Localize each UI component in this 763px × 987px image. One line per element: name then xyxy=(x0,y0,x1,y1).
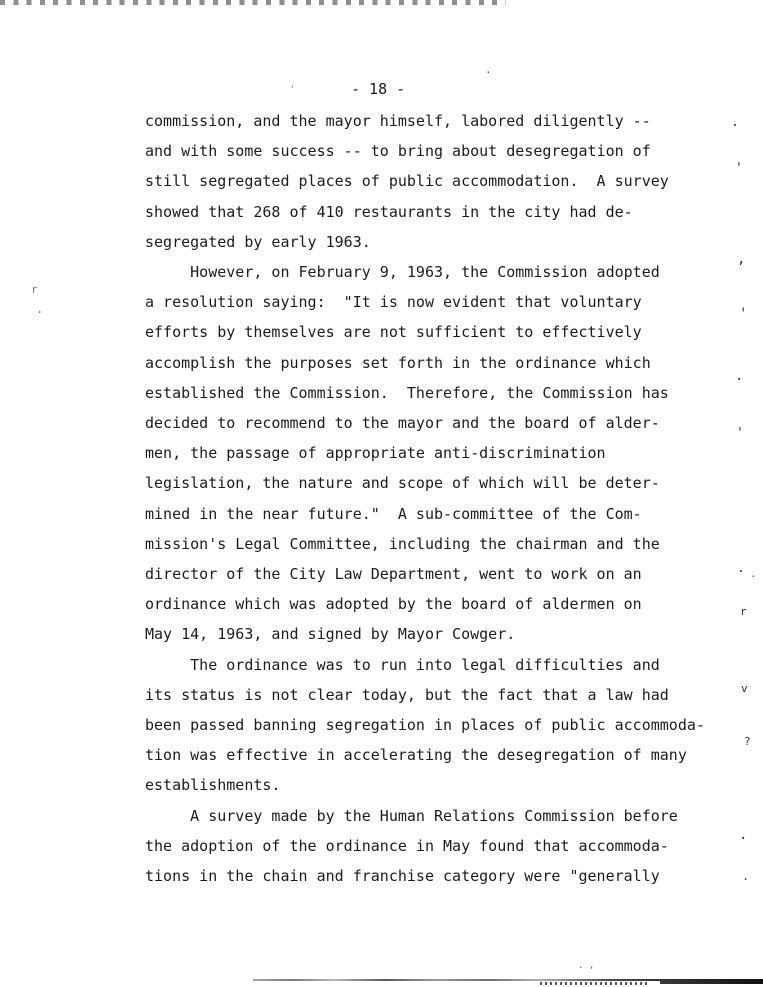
scan-perforation-dashes xyxy=(0,0,506,5)
scan-artifact-speck: . xyxy=(742,870,749,882)
scan-artifact-speck: . xyxy=(36,303,43,315)
scan-artifact-speck: . xyxy=(731,116,739,129)
scan-artifact-speck: . xyxy=(737,562,745,575)
scan-artifact-speck: ' xyxy=(739,307,747,321)
scan-artifact-speck: r xyxy=(31,284,38,295)
scan-artifact-speck: ' xyxy=(735,162,743,175)
scan-artifact-speck: . xyxy=(739,828,747,842)
scan-artifact-speck: . xyxy=(750,568,757,579)
scan-artifact-speck: . xyxy=(485,64,492,75)
scan-artifact-speck: v xyxy=(741,683,748,694)
scan-bottom-edge-dark-segment xyxy=(660,980,763,984)
scan-artifact-speck: . xyxy=(735,369,743,383)
scan-artifact-speck: ' xyxy=(736,427,744,440)
scan-artifact-speck: , xyxy=(737,252,745,266)
document-body-text: commission, and the mayor himself, labor… xyxy=(145,106,705,891)
scan-artifact-speck: r xyxy=(740,606,747,617)
scan-bottom-edge-dots xyxy=(540,982,650,985)
scan-artifact-speck: . , xyxy=(578,962,594,971)
document-page: - 18 - commission, and the mayor himself… xyxy=(0,0,763,987)
page-number: - 18 - xyxy=(351,80,405,98)
scan-artifact-speck: ? xyxy=(744,736,751,747)
scan-artifact-speck: ' xyxy=(289,84,296,95)
